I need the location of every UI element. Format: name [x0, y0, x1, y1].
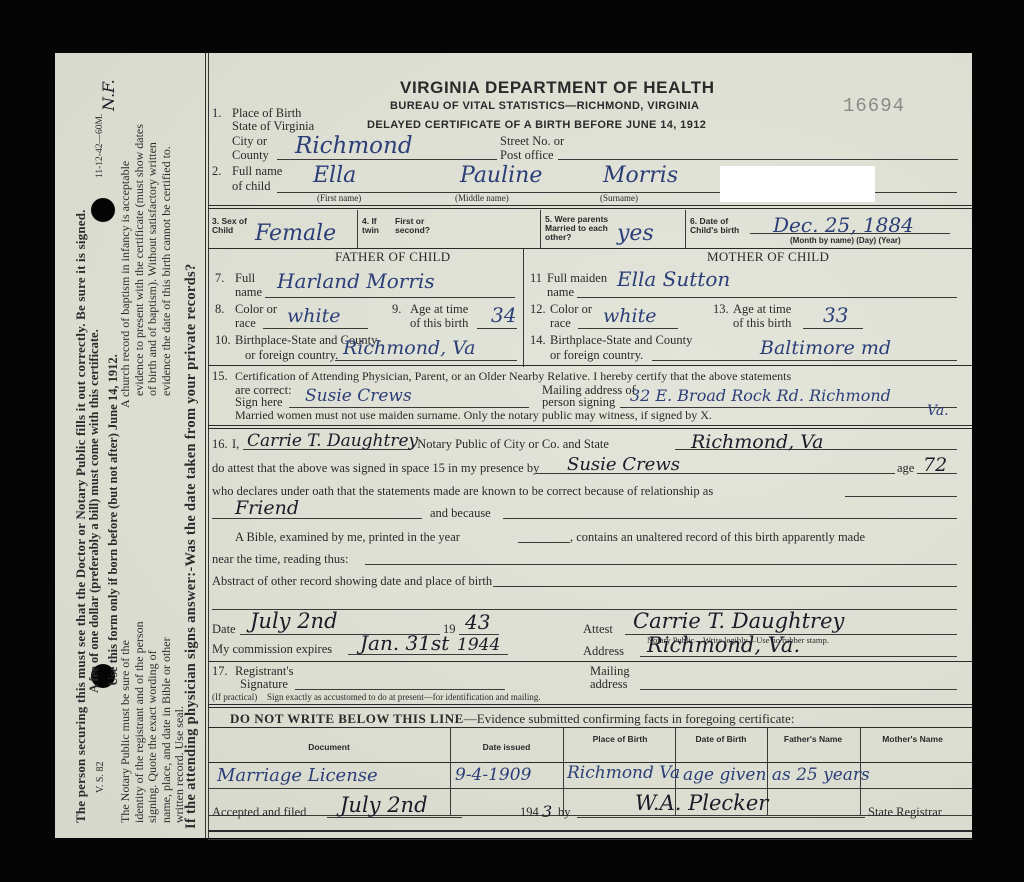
- certification-text: Certification of Attending Physician, Pa…: [235, 370, 791, 383]
- evidence-document: Marriage License: [217, 765, 378, 786]
- form-title: DELAYED CERTIFICATE OF A BIRTH BEFORE JU…: [367, 119, 706, 131]
- evidence-date-issued: 9-4-1909: [455, 765, 531, 785]
- mother-race-value: white: [603, 305, 656, 327]
- redaction-box: [720, 166, 875, 202]
- certificate-number: 16694: [843, 95, 905, 117]
- mother-age-value: 33: [823, 303, 848, 327]
- notary-address: Richmond, Va.: [647, 633, 800, 657]
- col-place-of-birth: Place of Birth: [585, 735, 655, 744]
- registrar-signature: W.A. Plecker: [635, 791, 768, 815]
- commission-expires: Jan. 31st: [360, 631, 449, 655]
- church-record-instructions: A church record of baptism in infancy is…: [119, 124, 173, 408]
- section-2-number: 2.: [212, 165, 221, 178]
- twin-label: 4. If twin: [362, 217, 392, 235]
- certifier-address-state: Va.: [927, 403, 949, 419]
- child-middle-name: Pauline: [460, 163, 542, 188]
- state-registrar-label: State Registrar: [868, 806, 942, 819]
- middle-name-caption: (Middle name): [455, 194, 509, 204]
- post-office-label: Post office: [500, 149, 554, 162]
- attest-date: July 2nd: [250, 609, 338, 633]
- registrant-mailing-field: [640, 689, 957, 690]
- notary-location: Richmond, Va: [691, 431, 824, 453]
- certifier-signature: Susie Crews: [305, 386, 412, 406]
- relationship-value: Friend: [235, 497, 299, 519]
- signer-age: 72: [923, 454, 947, 476]
- father-age-value: 34: [491, 303, 516, 327]
- notary-instructions: The Notary Public must be sure of the id…: [119, 621, 187, 823]
- street-label: Street No. or: [500, 135, 564, 148]
- commission-year: 1944: [457, 635, 500, 655]
- twin-sub-label: First or second?: [395, 217, 435, 235]
- father-heading: FATHER OF CHILD: [335, 249, 451, 265]
- father-name-value: Harland Morris: [277, 269, 435, 293]
- signer-name: Susie Crews: [567, 454, 680, 475]
- parents-divider: [523, 249, 524, 367]
- section-1-number: 1.: [212, 107, 221, 120]
- mother-birthplace-value: Baltimore md: [760, 337, 891, 359]
- col-mothers-name: Mother's Name: [875, 735, 950, 744]
- evidence-heading: DO NOT WRITE BELOW THIS LINE—Evidence su…: [230, 711, 794, 727]
- father-birthplace-value: Richmond, Va: [343, 337, 476, 359]
- accepted-year-digit: 3: [542, 802, 552, 821]
- col-fathers-name: Father's Name: [780, 735, 846, 744]
- col-date-of-birth: Date of Birth: [690, 735, 752, 744]
- punch-hole-top: [91, 198, 115, 222]
- sidebar-divider-2: [208, 53, 209, 838]
- married-label: 5. Were parents Married to each other?: [545, 215, 613, 242]
- of-child-label: of child: [232, 180, 271, 193]
- child-surname: Morris: [603, 163, 678, 188]
- col-date-issued: Date issued: [450, 743, 563, 752]
- dob-label: 6. Date of Child's birth: [690, 217, 750, 235]
- sidebar-divider: [205, 53, 206, 838]
- bureau-subtitle: BUREAU OF VITAL STATISTICS—RICHMOND, VIR…: [390, 100, 699, 112]
- instruction-line-2: A fee of one dollar (preferably a bill) …: [87, 329, 102, 693]
- attest-signature: Carrie T. Daughtrey: [633, 609, 844, 633]
- print-code: 11-12-42—60M.: [95, 114, 105, 178]
- city-label: City or: [232, 135, 267, 148]
- evidence-place: Richmond Va: [567, 763, 680, 783]
- married-value: yes: [617, 221, 654, 246]
- state-label: State of Virginia: [232, 120, 314, 133]
- accepted-date: July 2nd: [340, 793, 428, 817]
- sex-label: 3. Sex of Child: [212, 217, 252, 235]
- certifier-address: 32 E. Broad Rock Rd. Richmond: [630, 386, 891, 405]
- attest-year: 43: [465, 610, 490, 634]
- form-code: V. S. 82: [95, 762, 106, 794]
- evidence-remark: age given as 25 years: [683, 765, 870, 785]
- birth-certificate: The person securing this must see that t…: [55, 53, 972, 838]
- surname-caption: (Surname): [600, 194, 638, 204]
- notary-name: Carrie T. Daughtrey: [247, 431, 418, 451]
- col-document: Document: [208, 743, 450, 752]
- registrant-signature-field: [295, 689, 505, 690]
- physician-question: If the attending physician signs answer:…: [183, 263, 200, 829]
- child-first-name: Ella: [313, 163, 356, 188]
- dob-value: Dec. 25, 1884: [773, 213, 914, 237]
- mother-name-value: Ella Sutton: [617, 267, 730, 291]
- county-label: County: [232, 149, 269, 162]
- sex-value: Female: [255, 221, 336, 246]
- maiden-name-note: Married women must not use maiden surnam…: [235, 409, 712, 422]
- city-value: Richmond: [295, 133, 413, 159]
- dob-caption: (Month by name) (Day) (Year): [790, 236, 901, 245]
- department-title: VIRGINIA DEPARTMENT OF HEALTH: [400, 78, 715, 98]
- full-name-label: Full name: [232, 165, 282, 178]
- father-race-value: white: [287, 305, 340, 327]
- initials-annotation: N.F.: [99, 79, 118, 111]
- mother-heading: MOTHER OF CHILD: [707, 249, 829, 265]
- instructions-sidebar: The person securing this must see that t…: [55, 53, 205, 838]
- first-name-caption: (First name): [317, 194, 361, 204]
